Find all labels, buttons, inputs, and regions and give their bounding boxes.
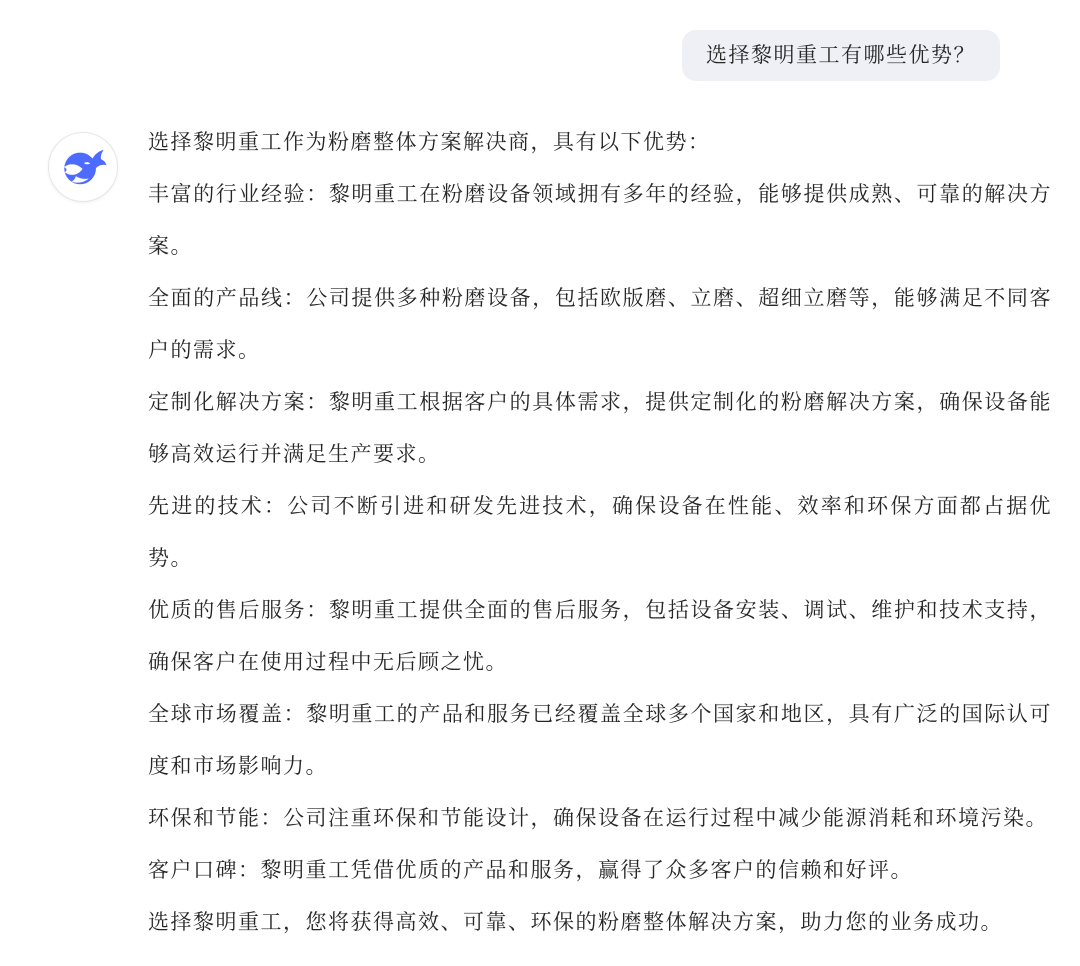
assistant-paragraph: 全面的产品线：公司提供多种粉磨设备，包括欧版磨、立磨、超细立磨等，能够满足不同客… [148, 273, 1052, 377]
assistant-paragraph: 优质的售后服务：黎明重工提供全面的售后服务，包括设备安装、调试、维护和技术支持，… [148, 585, 1052, 689]
user-message-text: 选择黎明重工有哪些优势？ [706, 44, 976, 67]
assistant-avatar [48, 132, 118, 202]
assistant-paragraph: 定制化解决方案：黎明重工根据客户的具体需求，提供定制化的粉磨解决方案，确保设备能… [148, 377, 1052, 481]
assistant-message-row: 选择黎明重工作为粉磨整体方案解决商，具有以下优势： 丰富的行业经验：黎明重工在粉… [0, 117, 1080, 949]
assistant-paragraph: 选择黎明重工，您将获得高效、可靠、环保的粉磨整体解决方案，助力您的业务成功。 [148, 897, 1052, 949]
assistant-paragraph: 客户口碑：黎明重工凭借优质的产品和服务，赢得了众多客户的信赖和好评。 [148, 845, 1052, 897]
assistant-paragraph: 先进的技术：公司不断引进和研发先进技术，确保设备在性能、效率和环保方面都占据优势… [148, 481, 1052, 585]
assistant-paragraph: 环保和节能：公司注重环保和节能设计，确保设备在运行过程中减少能源消耗和环境污染。 [148, 793, 1052, 845]
assistant-paragraph: 选择黎明重工作为粉磨整体方案解决商，具有以下优势： [148, 117, 1052, 169]
user-message-row: 选择黎明重工有哪些优势？ [0, 0, 1080, 81]
assistant-message: 选择黎明重工作为粉磨整体方案解决商，具有以下优势： 丰富的行业经验：黎明重工在粉… [148, 117, 1052, 949]
deepseek-whale-icon [59, 143, 107, 191]
chat-page: 选择黎明重工有哪些优势？ 选择黎明重工作为粉磨 [0, 0, 1080, 966]
user-message-bubble: 选择黎明重工有哪些优势？ [682, 30, 1000, 81]
assistant-paragraph: 全球市场覆盖：黎明重工的产品和服务已经覆盖全球多个国家和地区，具有广泛的国际认可… [148, 689, 1052, 793]
assistant-paragraph: 丰富的行业经验：黎明重工在粉磨设备领域拥有多年的经验，能够提供成熟、可靠的解决方… [148, 169, 1052, 273]
